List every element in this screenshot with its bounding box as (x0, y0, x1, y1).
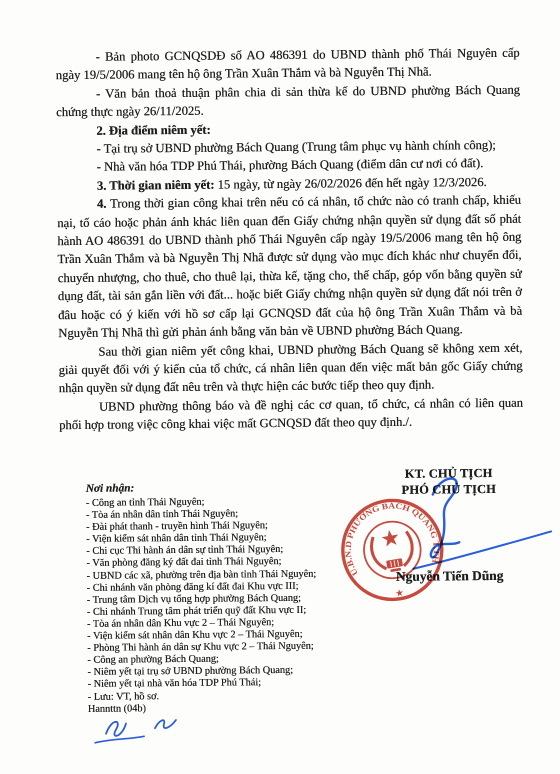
paragraph-bold-run: 2. Địa điểm niêm yết: (96, 122, 211, 137)
recipients-header: Nơi nhận: (86, 480, 371, 495)
recipients-section: Nơi nhận: - Công an tỉnh Thái Nguyên;- T… (86, 480, 373, 715)
paragraph: Sau thời gian niêm yết công khai, UBND p… (58, 338, 523, 398)
signature-sweep-stroke (413, 531, 551, 568)
initials-stroke-2 (155, 720, 176, 728)
paragraph: - Bản photo GCNQSDĐ số AO 486391 do UBND… (55, 44, 519, 85)
paragraph-run: Trong thời gian công khai trên nếu có cá… (57, 193, 522, 340)
paragraph: 4. Trong thời gian công khai trên nếu có… (57, 191, 522, 343)
signature-flourish-stroke (430, 478, 459, 557)
paragraph-run: - Bản photo GCNQSDĐ số AO 486391 do UBND… (56, 46, 520, 83)
scanned-document-page: - Bản photo GCNQSDĐ số AO 486391 do UBND… (0, 0, 560, 774)
paragraph-run: - Tại trụ sở UBND phường Bách Quang (Tru… (96, 138, 495, 156)
paragraph-run: Sau thời gian niêm yết công khai, UBND p… (59, 340, 523, 395)
paragraph-run: 15 ngày, từ ngày 26/02/2026 đến hết ngày… (214, 175, 486, 192)
paragraph: - Văn bản thoả thuận phân chia di sản th… (56, 80, 520, 121)
paragraph-run: UBND phường thông báo và đề nghị các cơ … (59, 395, 523, 432)
paragraph-bold-run: 3. Thời gian niêm yết: (97, 177, 215, 192)
paragraph-run: - Nhà văn hóa TDP Phú Thái, phường Bách … (97, 156, 484, 174)
paragraph: UBND phường thông báo và đề nghị các cơ … (59, 393, 523, 434)
body-paragraphs: - Bản photo GCNQSDĐ số AO 486391 do UBND… (55, 44, 523, 435)
clerk-initials-scribble-icon (92, 713, 202, 759)
paragraph-run: - Văn bản thoả thuận phân chia di sản th… (56, 82, 520, 119)
recipients-list: - Công an tỉnh Thái Nguyên;- Tòa án nhân… (86, 495, 373, 703)
handwritten-signature-icon (346, 463, 559, 605)
initials-underline (95, 736, 144, 742)
initials-stroke-1 (106, 722, 126, 736)
document-content: - Bản photo GCNQSDĐ số AO 486391 do UBND… (0, 0, 560, 774)
